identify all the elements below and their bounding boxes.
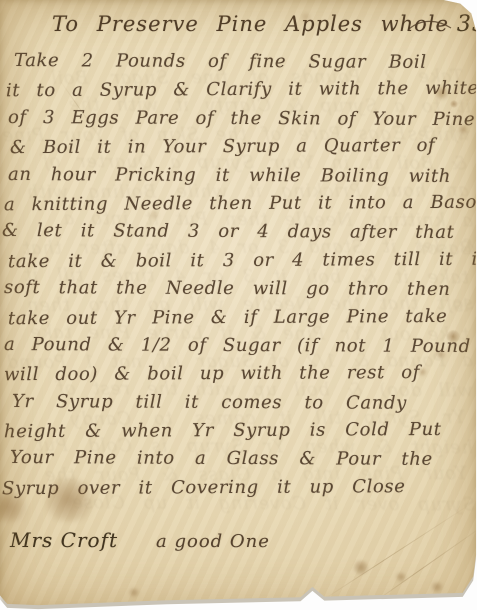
manuscript-line: an hour Pricking it while Boiling with: [0, 161, 471, 191]
paper-crease: [322, 502, 474, 601]
manuscript-line: height & when Yr Syrup is Cold Put: [0, 416, 471, 447]
signature-row: Mrs Croft a good One: [10, 528, 270, 552]
manuscript-line: of 3 Eggs Pare of the Skin of Your Pine: [0, 104, 471, 134]
manuscript-line: take out Yr Pine & if Large Pine take: [0, 302, 471, 333]
signature-note: a good One: [156, 531, 270, 552]
manuscript-line: a Pound & 1/2 of Sugar (if not 1 Pound: [0, 331, 471, 361]
manuscript-line: will doo) & boil up with the rest of: [0, 359, 471, 390]
stain-spot: [430, 582, 444, 592]
manuscript-body: Take 2 Pounds of fine Sugar Boilit to a …: [0, 48, 471, 502]
manuscript-line: & Boil it in Your Syrup a Quarter of: [0, 132, 471, 163]
stain-spot: [395, 572, 407, 582]
page-number: 35: [457, 12, 477, 37]
manuscript-line: Syrup over it Covering it up Close: [0, 473, 471, 504]
manuscript-line: Yr Syrup till it comes to Candy: [0, 388, 471, 418]
stain-spot: [352, 560, 370, 575]
stain-spot: [128, 588, 140, 597]
manuscript-line: soft that the Needle will go thro then: [0, 274, 471, 304]
manuscript-scan: Take 2 Pounds of fine Sugar Boilit to a …: [0, 0, 477, 610]
manuscript-line: it to a Syrup & Clarify it with the whit…: [0, 75, 471, 106]
recipe-title: To Preserve Pine Apples whole: [52, 12, 449, 36]
signature: Mrs Croft: [10, 528, 118, 552]
manuscript-line: Your Pine into a Glass & Pour the: [0, 444, 471, 474]
manuscript-page: Take 2 Pounds of fine Sugar Boilit to a …: [0, 0, 477, 610]
manuscript-line: a knitting Needle then Put it into a Bas…: [0, 189, 471, 220]
manuscript-line: take it & boil it 3 or 4 times till it i…: [0, 246, 471, 277]
manuscript-line: & let it Stand 3 or 4 days after that: [0, 217, 471, 247]
manuscript-line: Take 2 Pounds of fine Sugar Boil: [0, 47, 471, 77]
title-row: To Preserve Pine Apples whole 35: [0, 12, 477, 37]
